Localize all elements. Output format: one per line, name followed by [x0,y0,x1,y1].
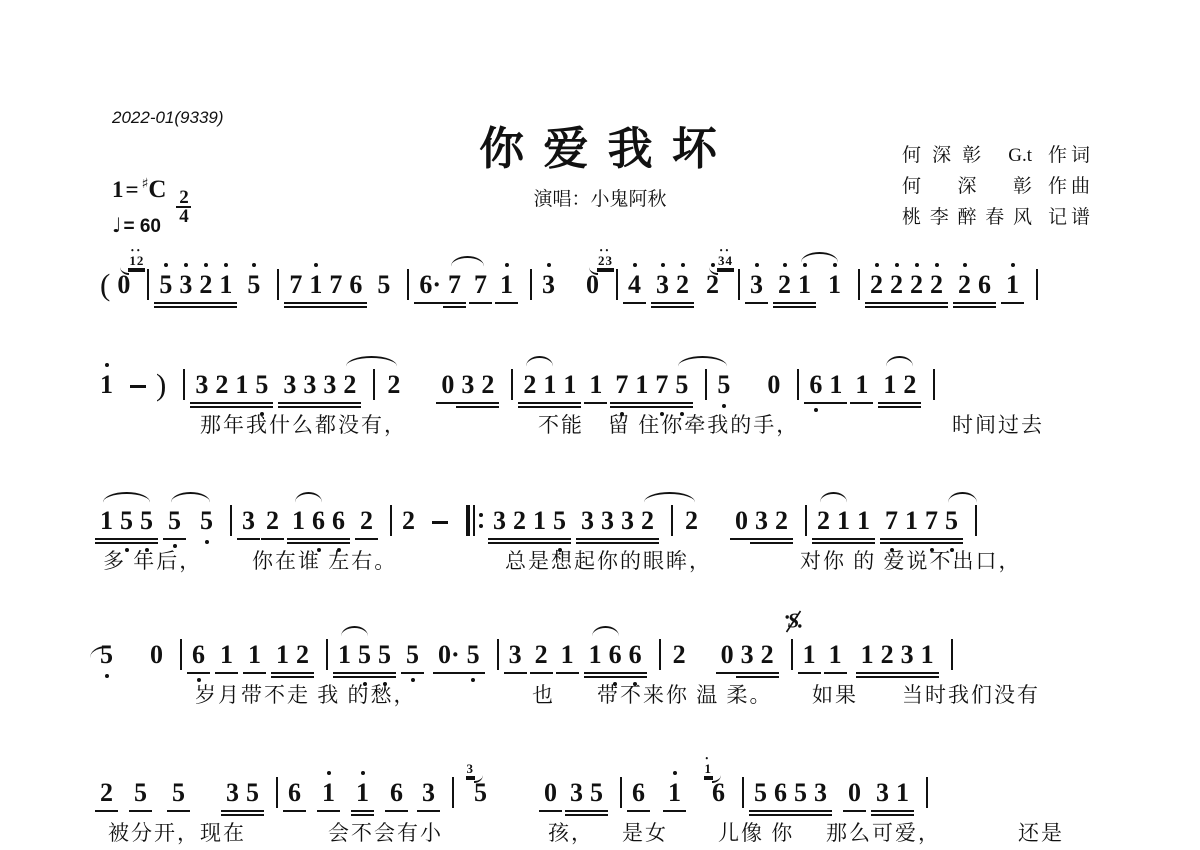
lyric-segment: 是女 [622,817,668,847]
barline [671,505,673,536]
note: 2 [958,270,971,300]
credit-role: 记谱 [1048,202,1094,233]
note: 1 [896,778,909,808]
note: 5 [377,270,390,300]
beam-underline [793,302,816,304]
note: 234•• [706,270,719,300]
slur-arc [820,492,847,505]
beam-underline [327,542,350,544]
beam-underline [243,672,266,674]
note: 2 [870,270,883,300]
beam-underline [925,302,948,304]
barline [277,269,279,300]
note: 1 [921,640,934,670]
octave-dot-above [204,263,208,267]
note: 2 [910,270,923,300]
beam-underline [671,302,694,304]
note: 3 [601,506,614,536]
beam-underline [443,302,466,304]
note: 5 [247,270,260,300]
tempo-marking: ♩= 60 [112,213,161,238]
beam-underline [756,672,779,674]
slur-arc [526,356,553,369]
slur-arc [451,256,484,269]
note: 3 [814,778,827,808]
beam-underline [624,676,647,678]
note: 3 [179,270,192,300]
repeat-dots [479,505,483,536]
beam-underline [417,810,440,812]
beam-underline [135,542,158,544]
note: 1 [563,370,576,400]
octave-dot-above [164,263,168,267]
note: 0 [150,640,163,670]
beam-underline [663,810,686,812]
beam-underline [770,542,793,544]
beam-underline [338,402,361,404]
note: 2 [761,640,774,670]
credit-name: 何深彰 [902,171,1032,202]
beam-underline [1001,302,1024,304]
note: 3 [750,270,763,300]
note: 6 [632,778,645,808]
octave-dot-below [105,674,109,678]
notes-row: 1)321533322032211171755061112 [100,352,1110,400]
slur-arc [592,626,619,639]
note: 5 [159,270,172,300]
note: 5 [467,640,480,670]
beam-underline [283,810,306,812]
note: 1 [905,506,918,536]
lyric-segment: 那年我什么都没有， [200,409,407,439]
note: 1 [803,640,816,670]
note: 5 [378,640,391,670]
lyric-segment: 留 住你牵我的手， [608,409,799,439]
note: 012•• [117,270,130,300]
grace-note: 1• [704,762,714,777]
note: 6 [390,778,403,808]
barline [452,777,454,808]
dash-note [130,385,146,388]
notes-row: 1555532166223215333220322117175 [100,488,1110,536]
beam-underline [167,810,190,812]
note: 0 [848,778,861,808]
score-line: (012••53215717656·7713023••432234••32112… [100,252,1110,300]
barline [705,369,707,400]
note: 1 [589,640,602,670]
beam-underline [250,406,273,408]
note: 3 [461,370,474,400]
note: 7 [925,506,938,536]
slur-arc [341,626,368,639]
note: 2 [100,778,113,808]
beam-underline [250,402,273,404]
octave-dot-above [252,263,256,267]
lyric-segment: 你在谁 左右。 [252,545,397,575]
beam-underline [187,672,210,674]
lyric-segment: 对你 的 爱说不出口， [800,545,1022,575]
octave-dot-above [327,771,331,775]
note: 1 [292,506,305,536]
key-tonic: 1 [112,177,124,202]
note: 6 [288,778,301,808]
note: 1 [561,640,574,670]
note: 5 [553,506,566,536]
grace-note-digits: 23 [597,254,614,269]
note: 1 [829,640,842,670]
credit-line: 何深彰 G.t作词 [902,140,1094,171]
beam-underline [433,672,465,674]
note: 3 [303,370,316,400]
octave-dot-above [661,263,665,267]
note: 2 [199,270,212,300]
beam-underline [670,406,693,408]
lyric-segment: 多 年后， [103,545,202,575]
note: 6 [332,506,345,536]
note: 53 [474,778,487,808]
credit-role: 作词 [1048,140,1094,171]
lyric-segment: 时间过去 [952,409,1044,439]
note: 6 [629,640,642,670]
beam-underline [850,402,873,404]
beam-underline [940,542,963,544]
barline [738,269,740,300]
note: 3 [422,778,435,808]
note: 0 [441,370,454,400]
note: 6 [809,370,822,400]
octave-dot-above [314,263,318,267]
score-line: 1)321533322032211171755061112那年我什么都没有，不能… [100,352,1110,400]
note: 1 [837,506,850,536]
note: 5 [200,506,213,536]
beam-underline [344,302,367,304]
note: 3 [283,370,296,400]
barline [497,639,499,670]
barline [183,369,185,400]
note: 3 [656,270,669,300]
notes-row: 506111215550·53211662032S111231 [100,622,1110,670]
note: 2 [535,640,548,670]
beam-underline [548,542,571,544]
note: 5 [717,370,730,400]
note: 6 [192,640,205,670]
note: 5 [754,778,767,808]
note: 5 [590,778,603,808]
note: 0 [735,506,748,536]
note: 6 [774,778,787,808]
octave-dot-above [681,263,685,267]
grace-octave-dots: •• [597,248,614,253]
repeat-dot [479,524,483,528]
note: 1 [798,270,811,300]
grace-note: 23•• [597,254,614,269]
barline [616,269,618,300]
barline [373,369,375,400]
note: 6· [419,270,441,300]
note: 0 [544,778,557,808]
note: 3 [621,506,634,536]
lyric-segment: 儿像 你 [718,817,794,847]
note: 4 [628,270,641,300]
note: 1 [543,370,556,400]
lyric-segment: 如果 [812,679,858,709]
note: 7 [655,370,668,400]
lyric-segment: 还是 [1018,817,1064,847]
beam-underline [385,810,408,812]
beam-underline [745,302,768,304]
quarter-note-icon: ♩ [112,213,121,237]
octave-dot-below [722,404,726,408]
barline: S [791,639,793,670]
note: 1 [276,640,289,670]
slur-arc [948,492,976,505]
barline [1036,269,1038,300]
lyrics-row: 那年我什么都没有，不能留 住你牵我的手，时间过去 [100,409,1110,439]
beam-underline [940,538,963,540]
grace-note-digits: 12 [128,254,145,269]
note: 7 [329,270,342,300]
beam-underline [636,538,659,540]
beam-underline [809,814,832,816]
score-line: 506111215550·53211662032S111231岁月带不走 我 的… [100,622,1110,670]
note: 2 [881,640,894,670]
note: 1 [668,778,681,808]
dash-note [432,521,448,524]
beam-underline [636,542,659,544]
grace-slur-tail [589,267,598,275]
note: 2 [775,506,788,536]
beam-underline [973,306,996,308]
note: 5 [246,778,259,808]
note: 5 [675,370,688,400]
note: 2 [215,370,228,400]
barline [276,777,278,808]
barline [933,369,935,400]
beam-underline [495,302,518,304]
beam-underline [585,810,608,812]
note: 3 [542,270,555,300]
lyric-segment: 带不来你 温 柔。 [597,679,773,709]
beam-underline [916,672,939,674]
note: 7 [615,370,628,400]
beam-underline [973,302,996,304]
note: 5 [794,778,807,808]
credits-block: 何深彰 G.t作词何深彰作曲桃李醉春风记谱 [902,140,1094,233]
barline [742,777,744,808]
repeat-begin-barline [466,505,483,536]
segno-icon: S [784,608,803,640]
beam-underline [770,538,793,540]
note: 5 [140,506,153,536]
note: 6 [978,270,991,300]
note: 3 [876,778,889,808]
note: 1 [1006,270,1019,300]
beam-underline [824,672,847,674]
note: 2 [930,270,943,300]
note: 1 [635,370,648,400]
beam-underline [338,406,361,408]
note: 2 [360,506,373,536]
lyrics-row: 多 年后，你在谁 左右。总是想起你的眼眸，对你 的 爱说不出口， [100,545,1110,575]
slur-arc [644,492,695,505]
note: 3 [581,506,594,536]
grace-slur-tail [712,775,721,783]
note: 5 [945,506,958,536]
credit-line: 何深彰作曲 [902,171,1094,202]
note: 3 [901,640,914,670]
note: 6 [312,506,325,536]
grace-slur-tail [120,267,129,275]
lyrics-row: 岁月带不走 我 的愁，也带不来你 温 柔。如果当时我们没有 [100,679,1110,709]
beam-underline [530,672,553,674]
note: 5 [120,506,133,536]
note: 61• [712,778,725,808]
credit-name: 何深彰 G.t [902,140,1032,171]
note: 0 [721,640,734,670]
octave-dot-above [875,263,879,267]
note: 2 [266,506,279,536]
barline [407,269,409,300]
note: 3 [242,506,255,536]
tempo-value: 60 [140,216,161,237]
lyric-segment: 岁月带不走 我 的愁， [195,679,417,709]
note: 1 [589,370,602,400]
beam-underline [215,672,238,674]
note: 1 [219,270,232,300]
note: 1 [338,640,351,670]
beam-underline [373,672,396,674]
barline [620,777,622,808]
barline [511,369,513,400]
note: 2 [778,270,791,300]
lyric-segment: 会不会有小 [328,817,443,847]
parenthesis: ( [100,269,110,300]
note: 2 [676,270,689,300]
slur-arc [103,492,150,505]
note: 1 [322,778,335,808]
note: 5 [168,506,181,536]
note: 3 [195,370,208,400]
note: 7 [448,270,461,300]
octave-dot-above [505,263,509,267]
slur-arc [171,492,210,505]
beam-underline [135,538,158,540]
lyric-segment: 也 [532,679,555,709]
octave-dot-above [783,263,787,267]
note: 023•• [586,270,599,300]
beam-underline [291,676,314,678]
note: 3 [323,370,336,400]
barline [530,269,532,300]
note: 1 [883,370,896,400]
barline [858,269,860,300]
beam-underline [504,672,527,674]
note: 2 [523,370,536,400]
octave-dot-above [755,263,759,267]
beam-underline [585,814,608,816]
score-line: 2553561163530356161•5653031被分开，现在会不会有小孩，… [100,760,1110,808]
credit-name: 桃李醉春风 [902,202,1032,233]
notes-row: (012••53215717656·7713023••432234••32112… [100,252,1110,300]
beam-underline [558,406,581,408]
beam-underline [214,302,237,304]
beam-underline [344,306,367,308]
lyric-segment: 不能 [538,409,584,439]
beam-underline [351,810,374,812]
equals-sign: = [126,177,139,202]
grace-octave-dots: •• [717,248,734,253]
octave-dot-above [633,263,637,267]
lyric-segment: 孩， [548,817,594,847]
beam-underline [891,814,914,816]
beam-underline [798,672,821,674]
note: 1 [309,270,322,300]
slur-arc [295,492,322,505]
note: 1 [235,370,248,400]
key-letter: C [148,176,166,203]
note: 1 [248,640,261,670]
grace-note-digits: 34 [717,254,734,269]
octave-dot-above [547,263,551,267]
octave-dot-above [935,263,939,267]
svg-text:S: S [787,609,799,633]
note: 5 [406,640,419,670]
lyrics-row: 被分开，现在会不会有小孩，是女儿像 你那么可爱，还是 [100,817,1110,847]
barline [180,639,182,670]
beam-underline [261,538,284,540]
note: 1 [861,640,874,670]
credit-role: 作曲 [1048,171,1094,202]
barline [926,777,928,808]
beam-underline [627,810,650,812]
notes-row: 2553561163530356161•5653031 [100,760,1110,808]
beam-underline [476,402,499,404]
meter-denominator: 4 [179,208,189,225]
beam-underline [843,810,866,812]
note: 3 [509,640,522,670]
score-line: 1555532166223215333220322117175多 年后，你在谁 … [100,488,1110,536]
note: 3 [741,640,754,670]
beam-underline [852,538,875,540]
lyric-segment: 当时我们没有 [902,679,1040,709]
note: 1 [100,506,113,536]
note: 5 [172,778,185,808]
barline [230,505,232,536]
note: 7 [474,270,487,300]
note: 2 [402,506,415,536]
note: 2 [513,506,526,536]
beam-underline [327,538,350,540]
note: 3 [570,778,583,808]
octave-dot-above [915,263,919,267]
note: 1 [500,270,513,300]
note: 1 [857,506,870,536]
repeat-thick-bar [466,505,470,536]
lyric-segment: 那么可爱， [826,817,941,847]
barline [975,505,977,536]
note: 1 [100,370,113,400]
beam-underline [476,406,499,408]
octave-dot-below [205,540,209,544]
beam-underline [214,306,237,308]
beam-underline [925,306,948,308]
grace-octave-dots: •• [128,248,145,253]
note: 1 [533,506,546,536]
note: 5 [358,640,371,670]
beam-underline [852,542,875,544]
beam-underline [462,672,485,674]
note: 1 [855,370,868,400]
